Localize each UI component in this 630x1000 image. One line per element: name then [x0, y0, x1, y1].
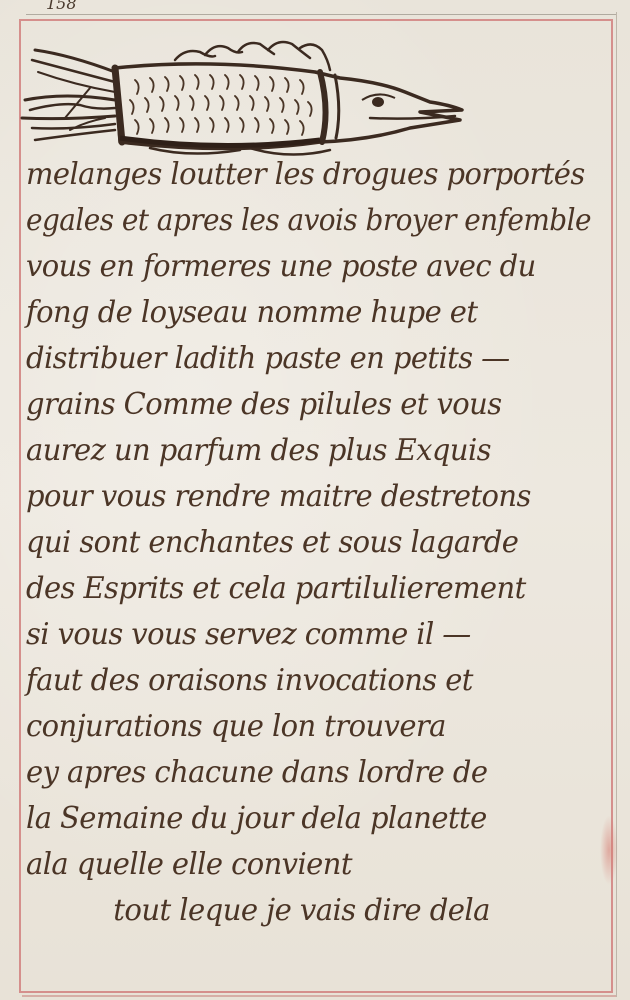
- text-line: distribuer ladith paste en petits —: [26, 336, 591, 382]
- fish-illustration-icon: [10, 30, 490, 160]
- text-line: la Semaine du jour dela planette: [26, 796, 591, 842]
- text-line: vous en formeres une poste avec du: [26, 244, 591, 290]
- text-line: fong de loyseau nomme hupe et: [26, 290, 591, 336]
- text-line: qui sont enchantes et sous lagarde: [26, 520, 591, 566]
- text-line: conjurations que lon trouvera: [26, 704, 591, 750]
- handwritten-text: melanges loutter les drogues porportés e…: [26, 152, 611, 934]
- text-line: aurez un parfum des plus Exquis: [26, 428, 591, 474]
- text-line: ala quelle elle convient: [26, 842, 591, 888]
- text-line: egales et apres les avois broyer enfembl…: [26, 198, 571, 244]
- page-number: 158: [46, 0, 77, 13]
- text-line: grains Comme des pilules et vous: [26, 382, 591, 428]
- text-line: des Esprits et cela partilulierement: [26, 566, 591, 612]
- text-line: pour vous rendre maitre destretons: [26, 474, 591, 520]
- text-line: si vous vous servez comme il —: [26, 612, 591, 658]
- frame-rule-outer-bottom: [22, 995, 616, 997]
- text-line: faut des oraisons invocations et: [26, 658, 591, 704]
- text-line: tout leque je vais dire dela: [26, 888, 593, 934]
- text-line: ey apres chacune dans lordre de: [26, 750, 591, 796]
- manuscript-page: 158: [0, 0, 630, 1000]
- frame-rule-outer-top: [26, 14, 616, 15]
- text-line: melanges loutter les drogues porportés: [26, 152, 591, 198]
